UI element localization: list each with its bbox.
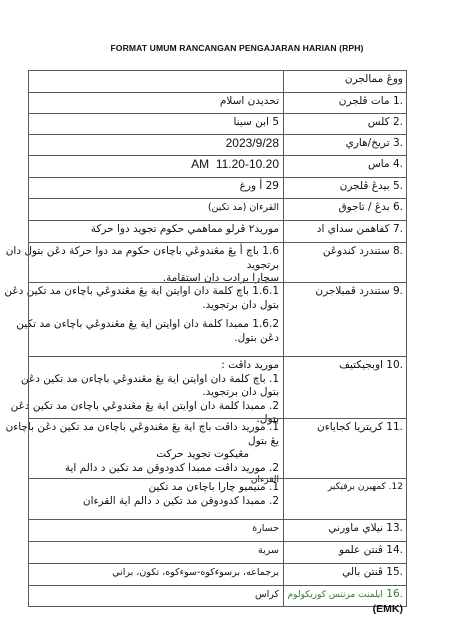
content-standard-line: 1.6 باچ أ يڠ مڠندوڠي باچاءن حکوم مد دوا …	[0, 245, 279, 272]
table-row: 5 ابن سينا .2 کلس	[28, 113, 407, 134]
value-topic: القرءان (مد تکين)	[28, 199, 283, 220]
header-label-cell: ووڠ ممالجرن	[283, 71, 407, 92]
thinking-skills-line: 2. ممبدا کدودوقن مد تکين د دالم اية القر…	[30, 495, 279, 509]
label-student-count: .5 بيدڠ ڤلجرن	[283, 178, 407, 198]
value-objective: موريد داڤت : 1. باچ کلمة دان اوايتن اية …	[0, 357, 283, 418]
label-time: .4 ماس	[283, 156, 407, 177]
thinking-skills-line: 1. منيمبو چارا باچاءن مد تکين	[30, 481, 279, 495]
label-success-criteria: .11 کريتريا کجاياءن	[283, 419, 407, 478]
table-row: القرءان (مد تکين) .6 بدڠ / تاجوق	[28, 198, 407, 220]
table-row: سرية .14 ڤنتن علمو	[28, 541, 407, 563]
label-subject: .1 مات ڤلجرن	[283, 93, 407, 113]
value-time: AM 11.20-10.20	[28, 156, 283, 177]
table-row: کراس .16 ايلمنت مرنتس کوريکولوم (EMK)	[28, 585, 407, 607]
label-prior-knowledge: .7 کفاهمن سداي اد	[283, 221, 407, 242]
value-class: 5 ابن سينا	[28, 114, 283, 134]
success-criteria-line: 1. موريد داڤت باچ اية يڠ مڠندوڠي باچاءن …	[0, 421, 279, 448]
value-prior-knowledge: موريد٢ ڤرلو مماهمي حکوم تجويد دوا حرکة	[28, 221, 283, 242]
label-core-values: .13 نيلاي ماورني	[283, 520, 407, 541]
label-topic: .6 بدڠ / تاجوق	[283, 199, 407, 220]
value-emk: کراس	[28, 586, 283, 606]
table-header-row: ووڠ ممالجرن	[28, 70, 407, 92]
objective-line: موريد داڤت :	[0, 359, 279, 373]
table-row: 1. منيمبو چارا باچاءن مد تکين 2. ممبدا ک…	[28, 478, 407, 519]
table-row: تحديدن اسلام .1 مات ڤلجرن	[28, 92, 407, 113]
label-reflection: .15 ڤنتن بالي	[283, 564, 407, 585]
label-objective: .10 اوبجيکتيف	[283, 357, 407, 418]
learning-standard-line: 1.6.1 باچ کلمة دان اوايتن اية يڠ مڠندوڠي…	[0, 285, 279, 312]
table-row: برجماعه، برسوءکوه-سوءکوه، تکون، براني .1…	[28, 563, 407, 585]
label-class: .2 کلس	[283, 114, 407, 134]
learning-standard-line: 1.6.2 ممبدا کلمة دان اوايتن اية يڠ مڠندو…	[0, 318, 279, 345]
column-divider	[283, 70, 284, 607]
value-learning-standard: 1.6.1 باچ کلمة دان اوايتن اية يڠ مڠندوڠي…	[0, 283, 283, 356]
value-subject: تحديدن اسلام	[28, 93, 283, 113]
table-row: موريد داڤت : 1. باچ کلمة دان اوايتن اية …	[28, 356, 407, 418]
rph-table: ووڠ ممالجرن تحديدن اسلام .1 مات ڤلجرن 5 …	[28, 70, 407, 607]
success-criteria-line: مڠيکوت تجويد حرکت	[0, 448, 279, 462]
value-knowledge-integration: سرية	[28, 542, 283, 563]
success-criteria-line: 2. موريد داڤت ممبدا کدودوقن مد تکين د دا…	[0, 462, 279, 476]
label-thinking-skills: 12. کمهيرن برفيکير	[283, 479, 407, 519]
objective-line: 1. باچ کلمة دان اوايتن اية يڠ مڠندوڠي با…	[0, 373, 279, 400]
value-reflection: برجماعه، برسوءکوه-سوءکوه، تکون، براني	[28, 564, 283, 585]
table-row: 29 أ ورغ .5 بيدڠ ڤلجرن	[28, 177, 407, 198]
table-row: 2023/9/28 .3 تريخ/هاري	[28, 134, 407, 155]
table-row: 1.6 باچ أ يڠ مڠندوڠي باچاءن حکوم مد دوا …	[28, 242, 407, 282]
label-content-standard: .8 ستندرد کندوڠن	[283, 243, 407, 282]
table-row: 1. موريد داڤت باچ اية يڠ مڠندوڠي باچاءن …	[28, 418, 407, 478]
emk-label-text: ايلمنت مرنتس کوريکولوم	[288, 590, 383, 600]
label-learning-standard: .9 ستندرد ڤمبلاجرن	[283, 283, 407, 356]
table-row: موريد٢ ڤرلو مماهمي حکوم تجويد دوا حرکة .…	[28, 220, 407, 242]
table-row: AM 11.20-10.20 .4 ماس	[28, 155, 407, 177]
value-date: 2023/9/28	[28, 135, 283, 155]
label-knowledge-integration: .14 ڤنتن علمو	[283, 542, 407, 563]
value-thinking-skills: 1. منيمبو چارا باچاءن مد تکين 2. ممبدا ک…	[28, 479, 283, 519]
emk-number: .16	[386, 588, 403, 600]
value-student-count: 29 أ ورغ	[28, 178, 283, 198]
label-emk: .16 ايلمنت مرنتس کوريکولوم (EMK)	[283, 586, 407, 606]
emk-code: (EMK)	[373, 603, 403, 615]
label-date: .3 تريخ/هاري	[283, 135, 407, 155]
table-row: حسارة .13 نيلاي ماورني	[28, 519, 407, 541]
value-success-criteria: 1. موريد داڤت باچ اية يڠ مڠندوڠي باچاءن …	[0, 419, 283, 478]
header-value-cell	[28, 71, 283, 92]
table-row: 1.6.1 باچ کلمة دان اوايتن اية يڠ مڠندوڠي…	[28, 282, 407, 356]
value-core-values: حسارة	[28, 520, 283, 541]
value-content-standard: 1.6 باچ أ يڠ مڠندوڠي باچاءن حکوم مد دوا …	[0, 243, 283, 282]
document-title: FORMAT UMUM RANCANGAN PENGAJARAN HARIAN …	[0, 43, 474, 53]
